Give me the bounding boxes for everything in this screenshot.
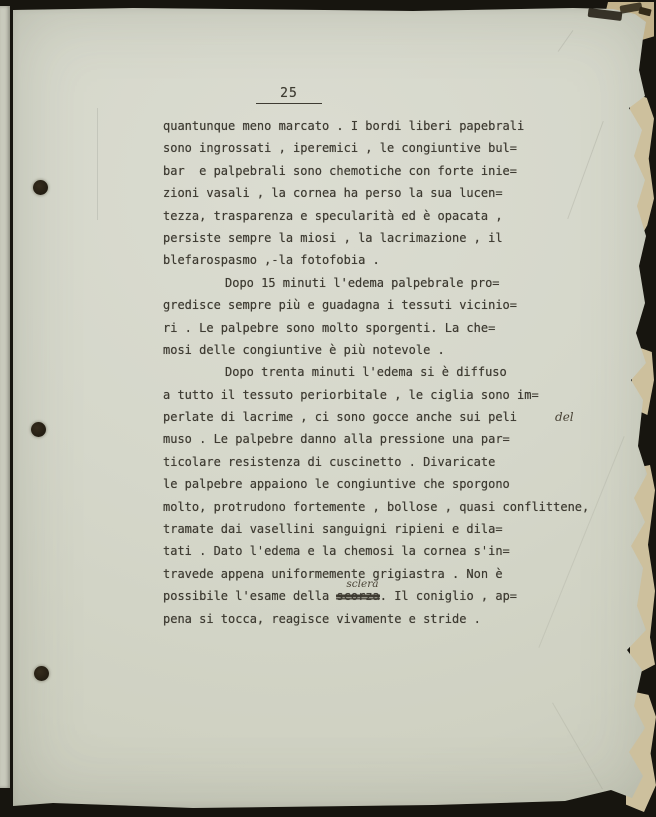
line-text: bar e palpebrali sono chemotiche con for… <box>163 164 517 178</box>
line-text: travede appena uniformemente grigiastra … <box>163 567 503 581</box>
paper-crease <box>552 702 603 789</box>
adjacent-page-edge <box>0 6 10 788</box>
handwritten-insertion: del <box>555 410 574 424</box>
line-text: zioni vasali , la cornea ha perso la sua… <box>163 186 503 200</box>
line-text: tramate dai vasellini sanguigni ripieni … <box>163 522 503 536</box>
line-text: tezza, trasparenza e specularità ed è op… <box>163 209 503 223</box>
line-text: gredisce sempre più e guadagna i tessuti… <box>163 298 517 312</box>
typewritten-line: Dopo 15 minuti l'edema palpebrale pro= <box>163 272 645 294</box>
line-text: blefarospasmo ,-la fotofobia . <box>163 253 380 267</box>
line-text: ticolare resistenza di cuscinetto . Diva… <box>163 455 495 469</box>
page-number: 25 <box>256 86 322 104</box>
typewritten-line: blefarospasmo ,-la fotofobia . <box>163 249 645 271</box>
line-text: sono ingrossati , iperemici , le congiun… <box>163 141 517 155</box>
line-text: . Il coniglio , ap= <box>380 589 517 603</box>
typewritten-line: a tutto il tessuto periorbitale , le cig… <box>163 384 645 406</box>
typewritten-line: persiste sempre la miosi , la lacrimazio… <box>163 227 645 249</box>
line-text: molto, protrudono fortemente , bollose ,… <box>163 500 589 514</box>
typewritten-line: mosi delle congiuntive è più notevole . <box>163 339 645 361</box>
punch-hole <box>33 180 48 195</box>
line-text: persiste sempre la miosi , la lacrimazio… <box>163 231 503 245</box>
typewritten-line: Dopo trenta minuti l'edema si è diffuso <box>163 361 645 383</box>
line-text: pena si tocca, reagisce vivamente e stri… <box>163 612 481 626</box>
line-text: a tutto il tessuto periorbitale , le cig… <box>163 388 539 402</box>
text-block: quantunque meno marcato . I bordi liberi… <box>163 115 645 630</box>
line-text: quantunque meno marcato . I bordi liberi… <box>163 119 524 133</box>
typewritten-line: ticolare resistenza di cuscinetto . Diva… <box>163 451 645 473</box>
typewritten-line: le palpebre appaiono le congiuntive che … <box>163 473 645 495</box>
typewritten-line: pena si tocca, reagisce vivamente e stri… <box>163 608 645 630</box>
handwritten-correction: sclera <box>346 573 378 595</box>
paper-crease <box>97 108 98 220</box>
typewritten-line: quantunque meno marcato . I bordi liberi… <box>163 115 645 137</box>
typewritten-line: tati . Dato l'edema e la chemosi la corn… <box>163 540 645 562</box>
line-text: ri . Le palpebre sono molto sporgenti. L… <box>163 321 495 335</box>
typewritten-line: gredisce sempre più e guadagna i tessuti… <box>163 294 645 316</box>
typewritten-line: bar e palpebrali sono chemotiche con for… <box>163 160 645 182</box>
typewritten-line: perlate di lacrime , ci sono gocce anche… <box>163 406 645 428</box>
line-text: Dopo 15 minuti l'edema palpebrale pro= <box>225 276 500 290</box>
struck-word: scorzasclera <box>336 585 379 607</box>
scanned-document-page: 25 quantunque meno marcato . I bordi lib… <box>0 0 656 817</box>
paper-crease <box>558 30 574 52</box>
typewritten-line: possibile l'esame della scorzasclera. Il… <box>163 585 645 607</box>
line-text: tati . Dato l'edema e la chemosi la corn… <box>163 544 510 558</box>
typewritten-line: ri . Le palpebre sono molto sporgenti. L… <box>163 317 645 339</box>
punch-hole <box>34 666 49 681</box>
typewritten-line: zioni vasali , la cornea ha perso la sua… <box>163 182 645 204</box>
line-text: le palpebre appaiono le congiuntive che … <box>163 477 510 491</box>
typewritten-line: molto, protrudono fortemente , bollose ,… <box>163 496 645 518</box>
line-text: possibile l'esame della <box>163 589 336 603</box>
punch-hole <box>31 422 46 437</box>
line-text: Dopo trenta minuti l'edema si è diffuso <box>225 365 507 379</box>
typewritten-line: tezza, trasparenza e specularità ed è op… <box>163 205 645 227</box>
typewritten-line: muso . Le palpebre danno alla pressione … <box>163 428 645 450</box>
line-text: perlate di lacrime , ci sono gocce anche… <box>163 410 517 424</box>
paper-sheet: 25 quantunque meno marcato . I bordi lib… <box>13 8 651 808</box>
typewritten-line: tramate dai vasellini sanguigni ripieni … <box>163 518 645 540</box>
line-text: muso . Le palpebre danno alla pressione … <box>163 432 510 446</box>
typewritten-line: sono ingrossati , iperemici , le congiun… <box>163 137 645 159</box>
line-text: mosi delle congiuntive è più notevole . <box>163 343 445 357</box>
typewritten-line: travede appena uniformemente grigiastra … <box>163 563 645 585</box>
